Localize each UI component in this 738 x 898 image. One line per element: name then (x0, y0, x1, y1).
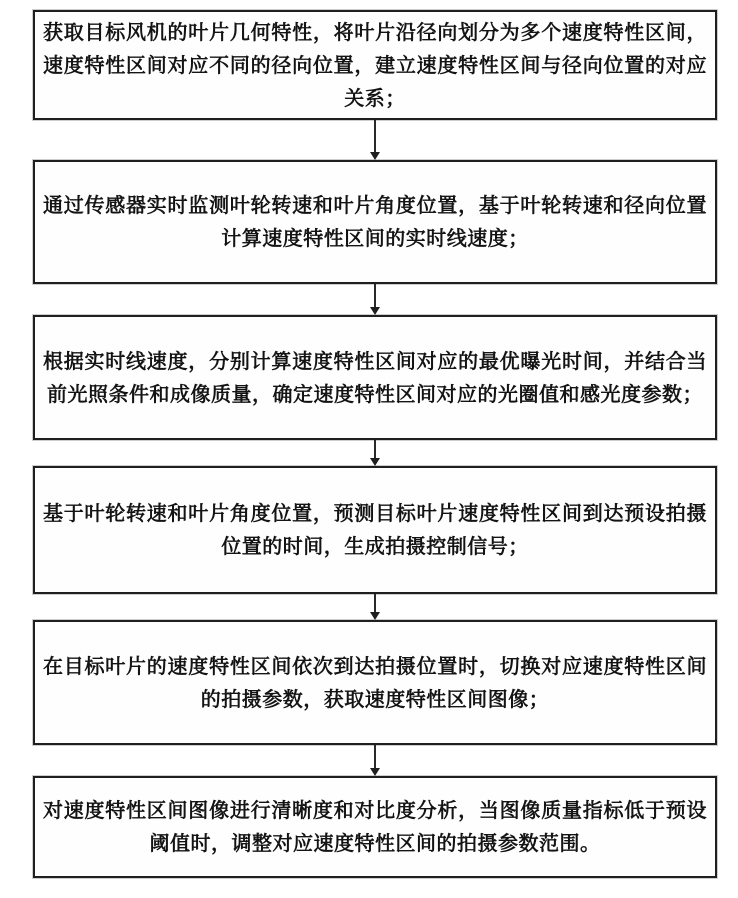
flowchart-step-6: 对速度特性区间图像进行清晰度和对比度分析，当图像质量指标低于预设阈值时，调整对应… (33, 776, 717, 878)
connector-1 (33, 120, 717, 160)
flowchart-step-1: 获取目标风机的叶片几何特性，将叶片沿径向划分为多个速度特性区间，速度特性区间对应… (33, 10, 717, 120)
arrow-line (374, 440, 376, 459)
step-3-text: 根据实时线速度，分别计算速度特性区间对应的最优曝光时间，并结合当前光照条件和成像… (35, 343, 715, 413)
step-2-text: 通过传感器实时监测叶轮转速和叶片角度位置，基于叶轮转速和径向位置计算速度特性区间… (35, 187, 715, 257)
arrow-down-icon (370, 307, 380, 315)
flowchart-step-3: 根据实时线速度，分别计算速度特性区间对应的最优曝光时间，并结合当前光照条件和成像… (33, 315, 717, 440)
flowchart-step-4: 基于叶轮转速和叶片角度位置，预测目标叶片速度特性区间到达预设拍摄位置的时间，生成… (33, 466, 717, 594)
connector-2 (33, 284, 717, 315)
arrow-line (374, 745, 376, 769)
flowchart-canvas: 获取目标风机的叶片几何特性，将叶片沿径向划分为多个速度特性区间，速度特性区间对应… (33, 10, 717, 878)
arrow-line (374, 120, 376, 153)
arrow-line (374, 594, 376, 613)
arrow-down-icon (370, 458, 380, 466)
arrow-down-icon (370, 612, 380, 620)
connector-3 (33, 440, 717, 466)
arrow-down-icon (370, 152, 380, 160)
step-1-text: 获取目标风机的叶片几何特性，将叶片沿径向划分为多个速度特性区间，速度特性区间对应… (35, 14, 715, 117)
connector-4 (33, 594, 717, 620)
connector-5 (33, 745, 717, 776)
arrow-line (374, 284, 376, 308)
arrow-down-icon (370, 768, 380, 776)
step-6-text: 对速度特性区间图像进行清晰度和对比度分析，当图像质量指标低于预设阈值时，调整对应… (35, 792, 715, 862)
step-4-text: 基于叶轮转速和叶片角度位置，预测目标叶片速度特性区间到达预设拍摄位置的时间，生成… (35, 495, 715, 565)
flowchart-step-2: 通过传感器实时监测叶轮转速和叶片角度位置，基于叶轮转速和径向位置计算速度特性区间… (33, 160, 717, 284)
step-5-text: 在目标叶片的速度特性区间依次到达拍摄位置时，切换对应速度特性区间的拍摄参数，获取… (35, 648, 715, 718)
flowchart-step-5: 在目标叶片的速度特性区间依次到达拍摄位置时，切换对应速度特性区间的拍摄参数，获取… (33, 620, 717, 745)
